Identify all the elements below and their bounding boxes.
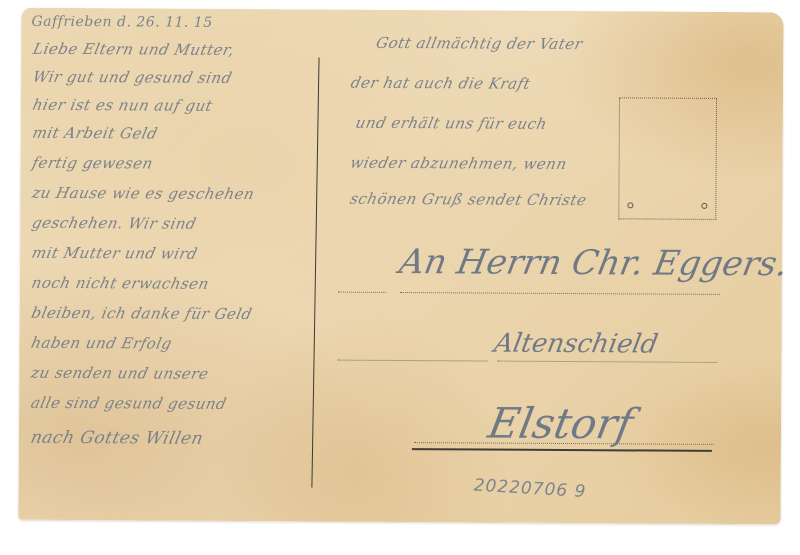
address-dotted-line — [338, 292, 386, 293]
postcard: Gaffrieben d. 26. 11. 15 Liebe Eltern un… — [18, 8, 783, 525]
message-left-line: geschehen. Wir sind — [30, 214, 198, 233]
stamp-hole-icon — [627, 202, 633, 208]
address-underline — [412, 448, 712, 452]
message-left-line: zu Hause wie es geschehen — [30, 184, 256, 203]
message-left-line: nach Gottes Willen — [29, 428, 205, 449]
stamp-hole-icon — [701, 203, 707, 209]
message-left-line: mit Mutter und wird — [30, 244, 199, 263]
message-left-line: haben und Erfolg — [30, 334, 174, 353]
message-left-line: fertig gewesen — [31, 154, 155, 173]
message-left-line: Wir gut und gesund sind — [31, 68, 234, 87]
address-line-2: Altenschield — [492, 329, 660, 360]
message-left-line: mit Arbeit Geld — [31, 124, 160, 143]
address-line-3: Elstorf — [485, 399, 637, 449]
date-line: Gaffrieben d. 26. 11. 15 — [31, 14, 212, 31]
archive-number: 20220706 9 — [473, 476, 587, 503]
message-right-line: schönen Gruß sendet Christe — [348, 190, 588, 209]
message-left-line: bleiben, ich danke für Geld — [30, 304, 254, 323]
message-left-line: noch nicht erwachsen — [30, 274, 211, 293]
address-dotted-line — [497, 361, 717, 363]
address-dotted-line — [337, 360, 487, 362]
message-left-line: hier ist es nun auf gut — [31, 96, 214, 115]
message-left-line: zu senden und unsere — [29, 364, 210, 383]
message-right-line: der hat auch die Kraft — [349, 74, 532, 93]
message-right-line: Gott allmächtig der Vater — [374, 34, 584, 53]
message-left-line: alle sind gesund gesund — [29, 394, 228, 413]
message-right-line: wieder abzunehmen, wenn — [349, 154, 569, 173]
message-left-line: Liebe Eltern und Mutter, — [31, 40, 236, 59]
vertical-divider — [311, 57, 320, 487]
address-line-1: An Herrn Chr. Eggers. — [396, 242, 791, 284]
stamp-box — [618, 97, 717, 220]
message-right: Gott allmächtig der Vater der hat auch d… — [22, 8, 784, 13]
message-right-line: und erhält uns für euch — [354, 114, 549, 133]
message-left: Liebe Eltern und Mutter, Wir gut und ges… — [22, 8, 784, 13]
address-dotted-line — [400, 292, 720, 295]
